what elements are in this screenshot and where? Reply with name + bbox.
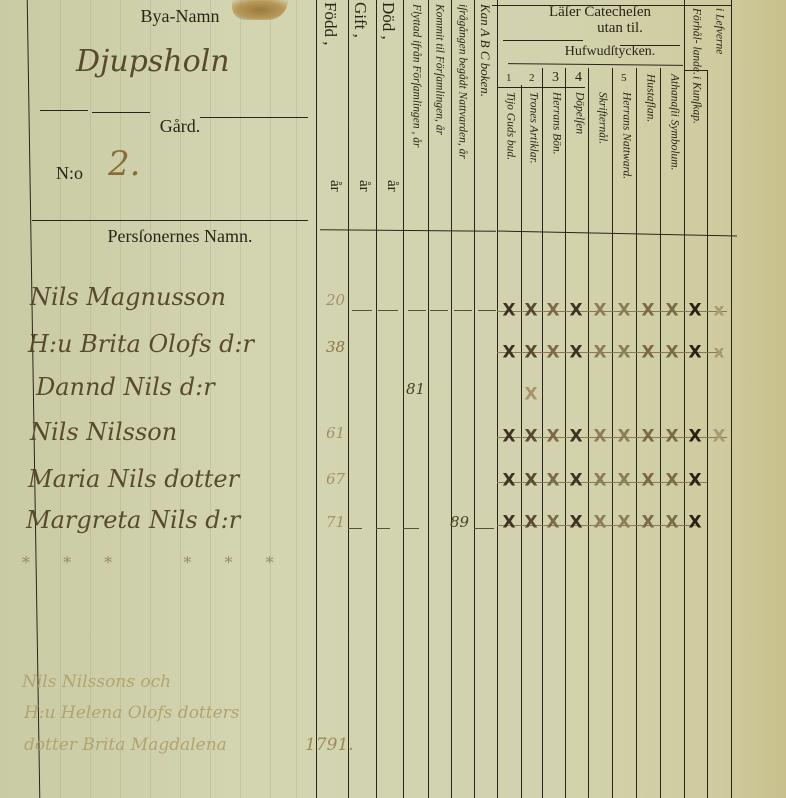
header-hustaflan: Hustaflan. <box>644 74 656 122</box>
number-label: N:o <box>56 163 96 184</box>
x-mark: X <box>641 515 654 532</box>
row-5-name: Maria Nils dotter <box>28 465 239 493</box>
x-mark: X <box>502 345 515 362</box>
x-mark: X <box>593 429 606 446</box>
x-mark: X <box>569 473 582 490</box>
row-4-name: Nils Nilsson <box>30 418 177 446</box>
header-flyttad: Flyttad ifrån Förſamlingen , år <box>410 4 422 147</box>
x-mark: X <box>688 515 701 532</box>
row-2-fodd: 38 <box>326 338 345 356</box>
x-mark: X <box>665 303 678 320</box>
x-mark: X <box>688 345 701 362</box>
header-trones-artiklar: Trones Artiklar. <box>527 92 539 164</box>
header-dopelsen: Döpelſen <box>573 92 585 134</box>
year-label-dod: år <box>383 180 400 192</box>
x-mark: X <box>665 473 678 490</box>
row-6-nattvard: 89 <box>450 513 469 531</box>
x-mark: X <box>502 303 515 320</box>
header-kunskap: i Kunſkap. <box>690 76 702 124</box>
x-mark: X <box>569 303 582 320</box>
x-mark: X <box>546 345 559 362</box>
x-mark: X <box>546 429 559 446</box>
header-forhallande: Förhål- lande. <box>690 8 702 75</box>
farm-number: 2. <box>108 144 140 184</box>
x-mark: X <box>569 345 582 362</box>
x-mark: X <box>617 429 630 446</box>
row-2-name: H:u Brita Olofs d:r <box>28 330 254 358</box>
row-1-name: Nils Magnusson <box>30 283 226 311</box>
farm-label: Gård. <box>130 116 230 137</box>
catechism-num-5: 5 <box>621 72 627 84</box>
catechism-num-2: 2 <box>529 72 535 84</box>
header-hufwudstycken: Hufwudſtycken. <box>540 44 680 60</box>
note-line-2: H:u Helena Olofs dotters <box>24 703 240 723</box>
x-mark: X <box>502 429 515 446</box>
x-mark: X <box>546 515 559 532</box>
x-mark: X <box>593 473 606 490</box>
row-3-flyttad: 81 <box>406 380 425 398</box>
x-mark: X <box>569 429 582 446</box>
x-mark: X <box>593 303 606 320</box>
x-mark: X <box>665 345 678 362</box>
x-mark: X <box>617 515 630 532</box>
register-page: Bya-Namn Djupsholn Gård. N:o 2. Persſone… <box>0 0 786 798</box>
row-1-fodd: 20 <box>326 291 345 309</box>
x-mark: X <box>524 515 537 532</box>
header-skrifternal: Skrifternål. <box>596 92 608 144</box>
catechism-num-4: 4 <box>575 70 582 86</box>
x-mark: X <box>688 429 701 446</box>
x-mark: X <box>617 473 630 490</box>
x-mark: X <box>502 473 515 490</box>
header-lefverne: i Lefverne <box>713 8 725 54</box>
catechism-num-3: 3 <box>552 70 559 86</box>
header-utan-til: utan til. <box>570 20 670 37</box>
header-gift: Gift , <box>352 2 369 38</box>
header-kommit: Kommit til Förſamlingen, år <box>433 4 445 135</box>
catechism-num-1: 1 <box>506 72 512 84</box>
row-5-fodd: 67 <box>326 470 345 488</box>
header-herrans-nattward: Herrans Nattward. <box>620 92 632 179</box>
x-mark: X <box>712 429 725 446</box>
header-athanasii-symbolum: Athanaſii Symbolum. <box>668 74 680 170</box>
row-3-name: Dannd Nils d:r <box>36 373 215 401</box>
header-laser-catechesen: Läſer Catecheſen <box>520 4 680 21</box>
x-mark: X <box>641 473 654 490</box>
x-mark: X <box>524 303 537 320</box>
header-fodd: Född , <box>322 2 339 45</box>
x-mark: X <box>546 303 559 320</box>
x-mark: X <box>524 473 537 490</box>
x-mark: X <box>641 303 654 320</box>
x-mark: X <box>524 429 537 446</box>
header-ifragangen: iſrågången begådt Nattvarden, år <box>456 4 468 159</box>
village-label: Bya-Namn <box>110 6 250 27</box>
row-6-fodd: 71 <box>326 513 345 531</box>
x-mark: X <box>665 515 678 532</box>
x-mark: x <box>714 303 725 320</box>
header-kan-abc: Kan A B C boken. <box>479 4 492 97</box>
x-mark: X <box>569 515 582 532</box>
x-mark: X <box>502 515 515 532</box>
x-mark: X <box>593 345 606 362</box>
x-mark: x <box>714 345 725 362</box>
header-herrans-bon: Herrans Bön. <box>550 92 562 155</box>
village-name: Djupsholn <box>76 44 230 79</box>
x-mark: X <box>641 429 654 446</box>
year-label-fodd: år <box>326 180 343 192</box>
note-line-3: dotter Brita Magdalena <box>24 735 227 755</box>
header-tijo-guds-bud: Tijo Guds bud. <box>504 92 516 160</box>
row-6-name: Margreta Nils d:r <box>26 506 240 534</box>
x-mark: X <box>688 303 701 320</box>
x-mark: X <box>546 473 559 490</box>
filler-marks: * * * * * * <box>22 553 288 572</box>
x-mark: X <box>593 515 606 532</box>
x-mark: X <box>665 429 678 446</box>
x-mark: X <box>688 473 701 490</box>
name-column-border <box>316 0 317 798</box>
x-mark: X <box>524 345 537 362</box>
header-dod: Död , <box>380 2 397 40</box>
note-year: 1791. <box>305 735 354 755</box>
names-label: Persſonernes Namn. <box>70 226 290 247</box>
x-mark: X <box>617 345 630 362</box>
x-mark: X <box>641 345 654 362</box>
x-mark: X <box>617 303 630 320</box>
year-label-gift: år <box>355 180 372 192</box>
x-mark: X <box>524 387 537 404</box>
note-line-1: Nils Nilssons och <box>22 672 171 692</box>
row-4-fodd: 61 <box>326 424 345 442</box>
